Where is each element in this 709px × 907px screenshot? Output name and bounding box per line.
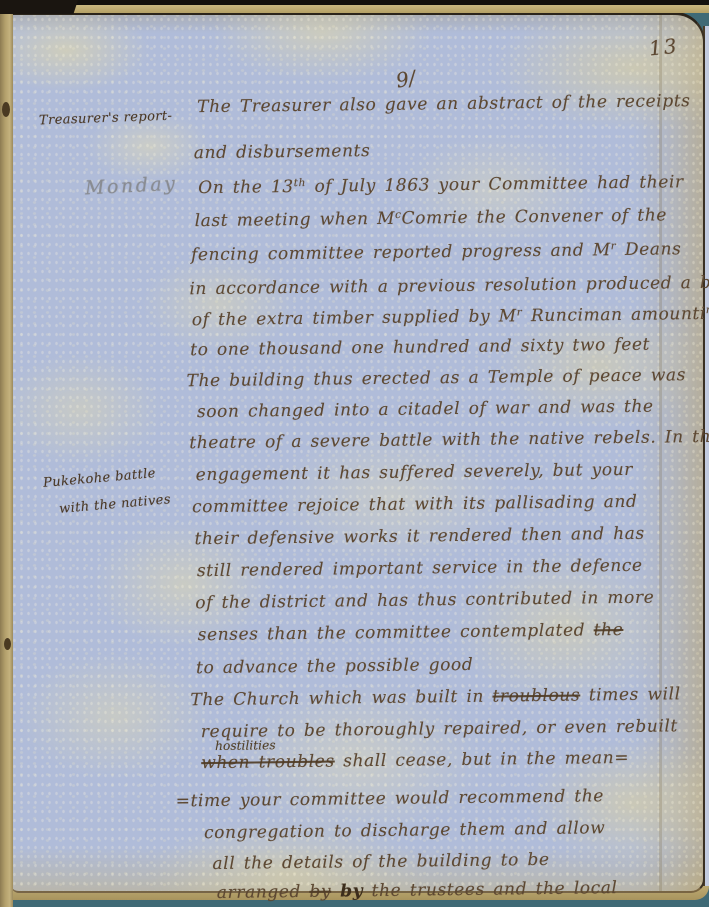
manuscript-line: The Treasurer also gave an abstract of t… — [197, 91, 691, 117]
manuscript-line: still rendered important service in the … — [197, 556, 643, 581]
manuscript-text-segment: Runciman amounti — [522, 304, 706, 326]
binding-edge — [0, 0, 13, 907]
manuscript-line: their defensive works it rendered then a… — [194, 524, 645, 550]
manuscript-line: soon changed into a citadel of war and w… — [197, 397, 654, 423]
manuscript-text-segment: to advance the possible good — [196, 655, 473, 678]
manuscript-line: senses than the committee contemplated t… — [198, 620, 624, 645]
manuscript-text-segment: times will — [580, 684, 681, 705]
manuscript-text-segment: fencing committee reported progress and … — [191, 240, 611, 265]
manuscript-text-segment: the — [594, 620, 624, 640]
manuscript-text-segment: to one thousand one hundred and sixty tw… — [190, 335, 650, 361]
manuscript-text-segment: Deans — [616, 239, 681, 260]
manuscript-line: engagement it has suffered severely, but… — [196, 460, 633, 485]
manuscript-text-segment: On the 13 — [198, 177, 294, 198]
manuscript-text-segment: of the district and has thus contributed… — [195, 588, 654, 614]
manuscript-text-segment: troublous — [492, 686, 580, 707]
manuscript-text-segment: The building thus erected as a Temple of… — [186, 365, 686, 391]
manuscript-text-segment: when troubleshostilities — [201, 752, 335, 774]
cover-corner-shadow — [0, 0, 78, 14]
manuscript-body: The Treasurer also gave an abstract of t… — [6, 9, 709, 893]
manuscript-line: fencing committee reported progress and … — [191, 239, 682, 265]
manuscript-text-segment: Comrie the Convener of the — [401, 205, 667, 228]
page-number: 13 — [648, 34, 680, 61]
manuscript-text-segment: the trustees and the local — [363, 878, 618, 901]
manuscript-page: 13 9/ Treasurer's report- Monday Pukekoh… — [11, 12, 705, 893]
manuscript-line: when troubleshostilities shall cease, bu… — [201, 748, 629, 773]
manuscript-text-segment: their defensive works it rendered then a… — [194, 524, 645, 550]
manuscript-line: of the district and has thus contributed… — [195, 588, 654, 614]
manuscript-text-segment: shall cease, but in the mean= — [335, 748, 630, 772]
manuscript-line: in accordance with a previous resolution… — [189, 273, 709, 300]
manuscript-text-segment: The Treasurer also gave an abstract of t… — [197, 91, 691, 117]
manuscript-line: The building thus erected as a Temple of… — [186, 365, 686, 391]
manuscript-line: committee rejoice that with its pallisad… — [192, 492, 638, 517]
manuscript-text-segment: The Church which was built in — [190, 687, 492, 711]
manuscript-line: On the 13th of July 1863 your Committee … — [198, 172, 684, 198]
manuscript-line: to advance the possible good — [196, 655, 473, 678]
manuscript-line: congregation to discharge them and allow — [204, 818, 605, 843]
interlinear-correction: hostilities — [215, 738, 276, 753]
manuscript-text-segment: committee rejoice that with its pallisad… — [192, 492, 638, 517]
book-cover-edge — [0, 0, 709, 5]
manuscript-text-segment: th — [294, 177, 306, 189]
manuscript-line: all the details of the building to be — [212, 850, 549, 874]
manuscript-text-segment: all the details of the building to be — [212, 850, 549, 874]
ink-flourish: 9/ — [394, 65, 417, 92]
manuscript-line: and disbursements — [194, 141, 371, 163]
manuscript-text-segment: =time your committee would recommend the — [176, 786, 605, 811]
manuscript-text-segment: theatre of a severe battle with the nati… — [189, 427, 709, 454]
manuscript-text-segment: in accordance with a previous resolution… — [189, 273, 709, 300]
manuscript-line: to one thousand one hundred and sixty tw… — [190, 335, 650, 361]
manuscript-line: The Church which was built in troublous … — [190, 684, 680, 710]
manuscript-text-segment: senses than the committee contemplated — [198, 620, 594, 645]
manuscript-text-segment: still rendered important service in the … — [197, 556, 643, 581]
manuscript-text-segment: last meeting when M — [195, 209, 396, 231]
page-stack-edge-top — [0, 4, 709, 13]
manuscript-text-segment: of the extra timber supplied by M — [192, 306, 517, 330]
scan-background: { "page": { "number": "13", "flourish": … — [0, 0, 709, 907]
manuscript-text-segment: soon changed into a citadel of war and w… — [197, 397, 654, 423]
manuscript-text-segment: by — [331, 881, 363, 901]
manuscript-text-segment: congregation to discharge them and allow — [204, 818, 605, 843]
manuscript-text-segment: engagement it has suffered severely, but… — [196, 460, 633, 485]
binding-mark — [4, 638, 11, 650]
manuscript-line: last meeting when McComrie the Convener … — [195, 205, 668, 231]
manuscript-line: of the extra timber supplied by Mr Runci… — [192, 304, 709, 330]
manuscript-text-segment: of July 1863 your Committee had their — [306, 172, 684, 197]
manuscript-line: =time your committee would recommend the — [176, 786, 605, 811]
manuscript-text-segment: and disbursements — [194, 141, 371, 163]
manuscript-text-segment: by — [309, 882, 331, 902]
manuscript-line: theatre of a severe battle with the nati… — [189, 427, 709, 454]
binding-mark — [2, 102, 10, 117]
manuscript-text-segment: arranged — [217, 882, 310, 903]
